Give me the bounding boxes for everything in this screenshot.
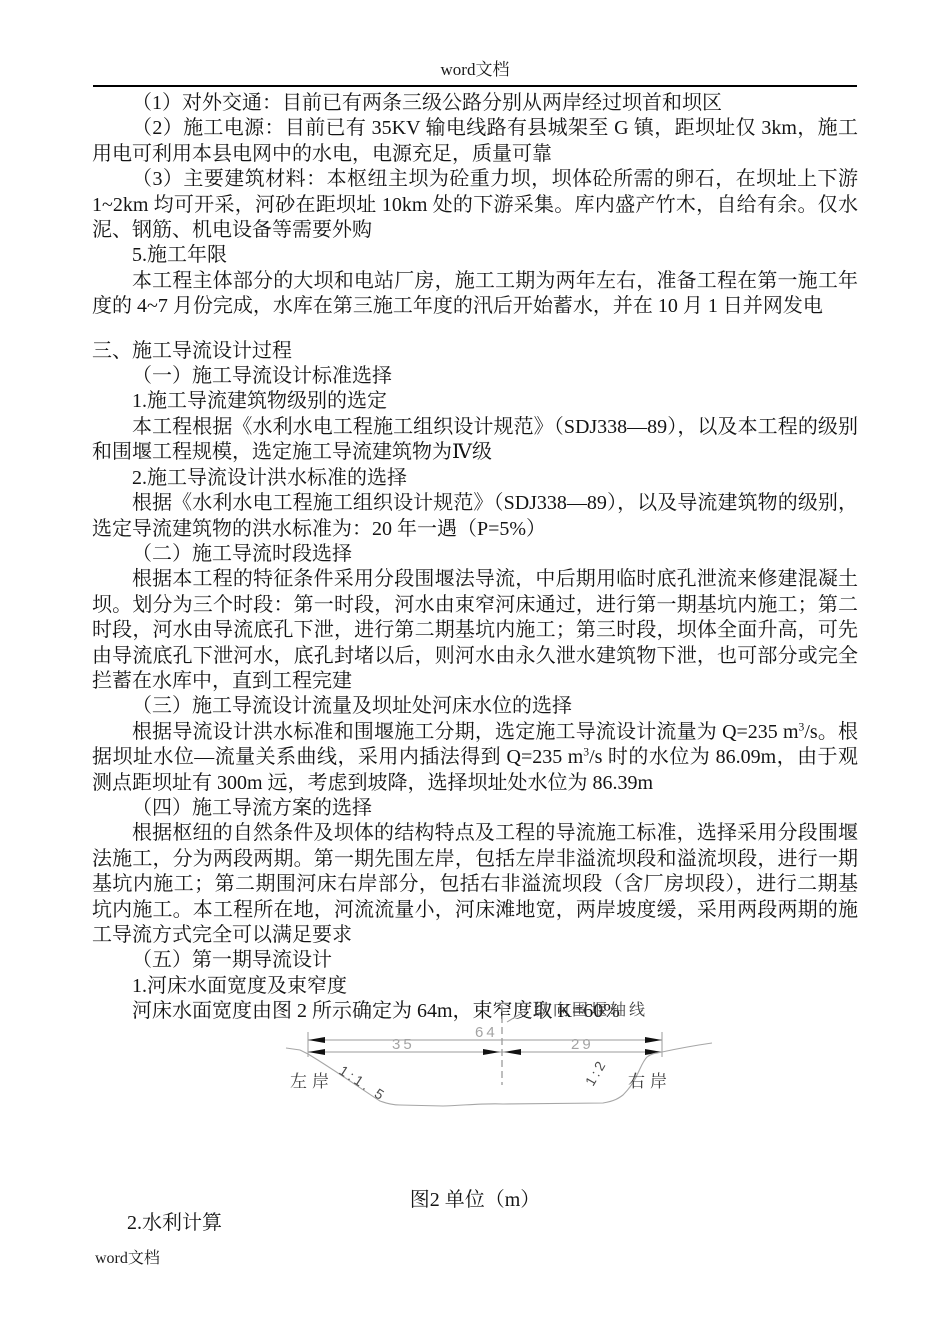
paragraph: （2）施工电源：目前已有 35KV 输电线路有县城架至 G 镇，距坝址仅 3km… <box>92 116 858 167</box>
document-body-continued: 2.水利计算 <box>92 1211 858 1236</box>
arrowhead <box>504 1049 521 1055</box>
paragraph: （1）对外交通：目前已有两条三级公路分别从两岸经过坝首和坝区 <box>92 91 858 116</box>
paragraph: 2.施工导流设计洪水标准的选择 <box>92 466 858 491</box>
document-body: （1）对外交通：目前已有两条三级公路分别从两岸经过坝首和坝区（2）施工电源：目前… <box>92 91 858 1025</box>
paragraph: 2.水利计算 <box>92 1211 858 1236</box>
page-footer: word文档 <box>95 1245 160 1268</box>
paragraph: 1.河床水面宽度及束窄度 <box>92 974 858 999</box>
paragraph: 根据本工程的特征条件采用分段围堰法导流，中后期用临时底孔泄流来修建混凝土坝。划分… <box>92 567 858 694</box>
right-bank-label: 右岸 <box>628 1072 672 1091</box>
paragraph: （五）第一期导流设计 <box>92 948 858 973</box>
paragraph: （3）主要建筑材料：本枢纽主坝为砼重力坝，坝体砼所需的卵石，在坝址上下游 1~2… <box>92 167 858 243</box>
paragraph: 本工程根据《水利水电工程施工组织设计规范》（SDJ338—89），以及本工程的级… <box>92 415 858 466</box>
paragraph: 根据枢纽的自然条件及坝体的结构特点及工程的导流施工标准，选择采用分段围堰法施工，… <box>92 821 858 948</box>
document-page: word文档 （1）对外交通：目前已有两条三级公路分别从两岸经过坝首和坝区（2）… <box>0 0 950 1344</box>
paragraph: 1.施工导流建筑物级别的选定 <box>92 389 858 414</box>
paragraph: 本工程主体部分的大坝和电站厂房，施工工期为两年左右，准备工程在第一施工年度的 4… <box>92 269 858 320</box>
paragraph: （一）施工导流设计标准选择 <box>92 364 858 389</box>
arrowhead <box>308 1049 325 1055</box>
paragraph: 5.施工年限 <box>92 243 858 268</box>
page-header: word文档 <box>0 55 950 80</box>
paragraph: 根据导流设计洪水标准和围堰施工分期，选定施工导流设计流量为 Q=235 m3/s… <box>92 720 858 796</box>
arrowhead <box>483 1049 500 1055</box>
axis-leader-line <box>507 1008 530 1022</box>
figure-river-cross-section: 纵向围堰轴线 64 35 29 左岸 右岸 1:1. 5 1:2 <box>278 997 715 1117</box>
arrowhead <box>645 1037 662 1043</box>
figure-caption: 图2 单位（m） <box>0 1183 950 1212</box>
dimension-left: 35 <box>392 1036 415 1053</box>
paragraph: 三、施工导流设计过程 <box>92 339 858 364</box>
paragraph: 根据《水利水电工程施工组织设计规范》（SDJ338—89），以及导流建筑物的级别… <box>92 491 858 542</box>
paragraph: （四）施工导流方案的选择 <box>92 796 858 821</box>
arrowhead <box>308 1037 325 1043</box>
right-slope-label: 1:2 <box>582 1056 610 1089</box>
paragraph: （二）施工导流时段选择 <box>92 542 858 567</box>
left-slope-label: 1:1. 5 <box>336 1062 389 1104</box>
dimension-right: 29 <box>571 1036 594 1053</box>
dimension-total: 64 <box>475 1024 498 1041</box>
axis-label: 纵向围堰轴线 <box>534 1001 648 1019</box>
left-bank-label: 左岸 <box>290 1072 334 1091</box>
paragraph: （三）施工导流设计流量及坝址处河床水位的选择 <box>92 694 858 719</box>
cross-section-drawing: 纵向围堰轴线 64 35 29 左岸 右岸 1:1. 5 1:2 <box>278 997 715 1117</box>
header-divider <box>93 85 857 87</box>
